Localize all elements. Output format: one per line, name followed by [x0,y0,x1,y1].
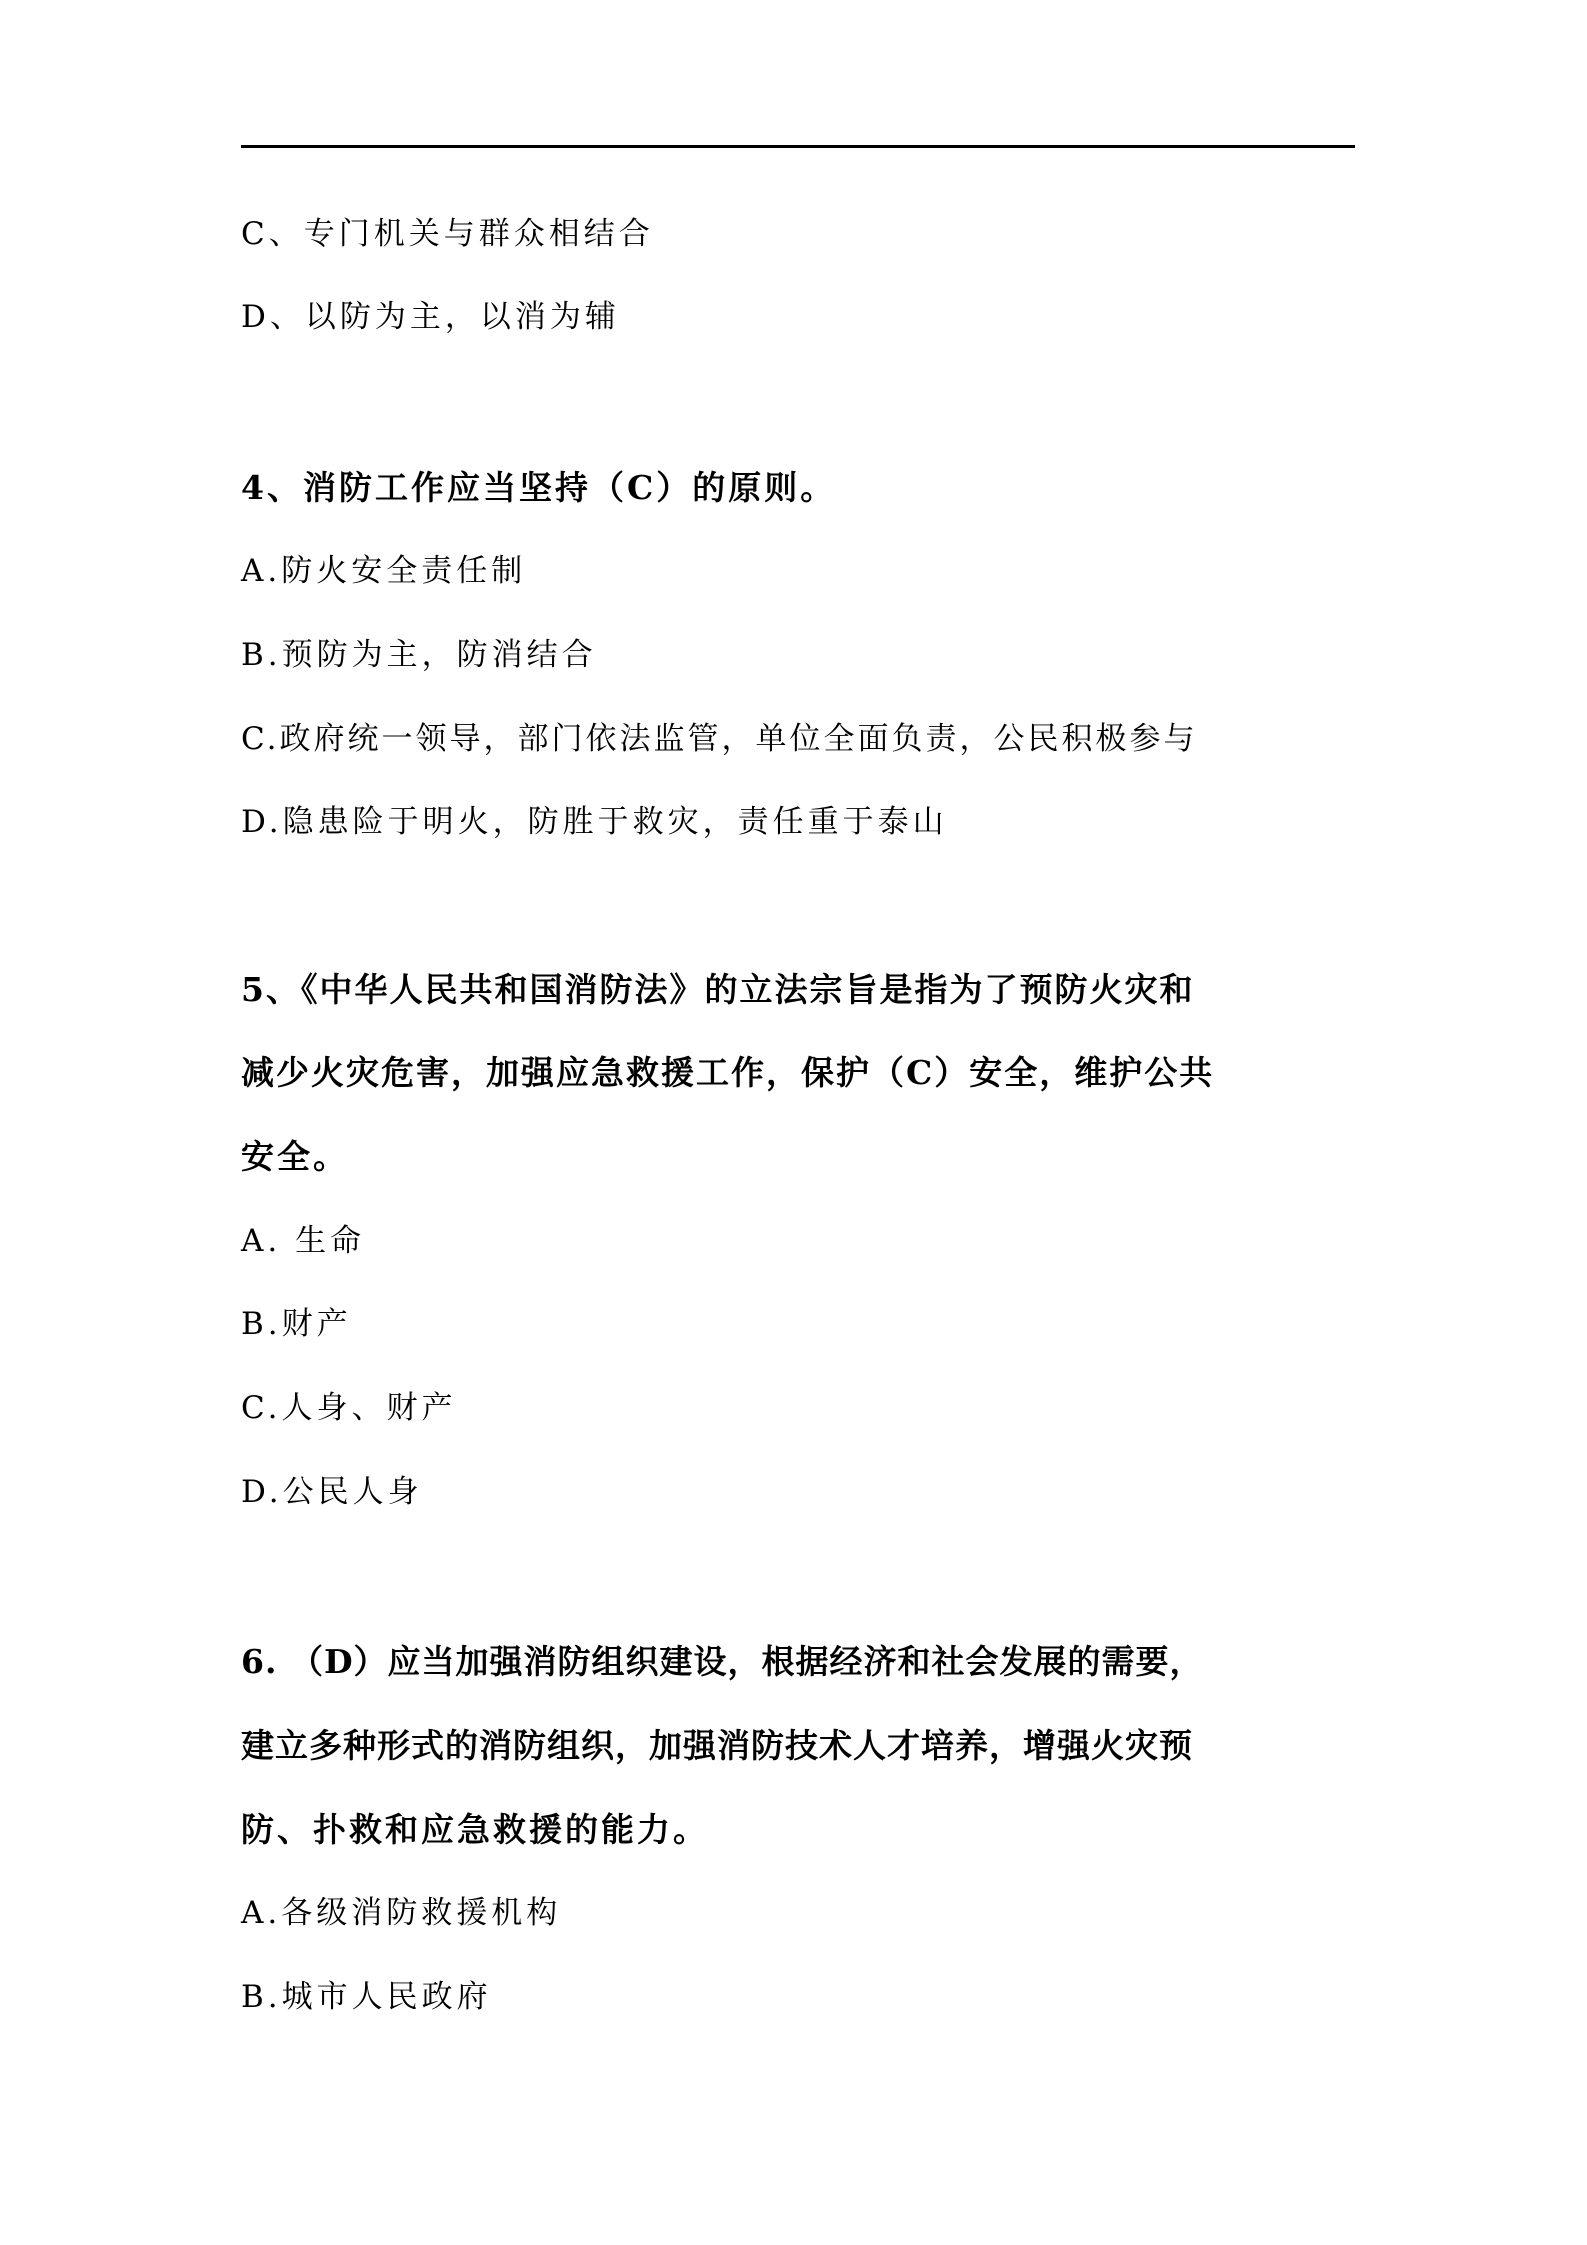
question-5-option-a: A. 生命 [241,1221,365,1261]
question-4-option-d: D.隐患险于明火，防胜于救灾，责任重于泰山 [241,802,948,842]
question-5-stem-line-2: 减少火灾危害，加强应急救援工作，保护（C）安全，维护公共 [241,1053,1214,1093]
question-5-stem-line-3: 安全。 [241,1137,349,1177]
question-4-option-a: A.防火安全责任制 [241,551,526,591]
question-6-option-b: B.城市人民政府 [241,1977,492,2017]
question-4-option-c: C.政府统一领导，部门依法监管，单位全面负责，公民积极参与 [241,719,1197,759]
question-5-stem-line-1: 5、《中华人民共和国消防法》的立法宗旨是指为了预防火灾和 [241,970,1194,1010]
question-4-stem: 4、消防工作应当坚持（C）的原则。 [241,468,836,508]
question-4-option-b: B.预防为主，防消结合 [241,635,597,675]
question-5-option-b: B.财产 [241,1304,352,1344]
prev-option-c: C、专门机关与群众相结合 [241,214,654,254]
header-rule [241,145,1355,148]
question-6-option-a: A.各级消防救援机构 [241,1893,561,1933]
question-6-stem-line-1: 6. （D）应当加强消防组织建设，根据经济和社会发展的需要， [241,1642,1204,1682]
prev-option-d: D、以防为主，以消为辅 [241,297,620,337]
question-6-stem-line-3: 防、扑救和应急救援的能力。 [241,1810,709,1850]
question-6-stem-line-2: 建立多种形式的消防组织，加强消防技术人才培养，增强火灾预 [241,1726,1193,1766]
question-5-option-c: C.人身、财产 [241,1388,456,1428]
question-5-option-d: D.公民人身 [241,1472,423,1512]
